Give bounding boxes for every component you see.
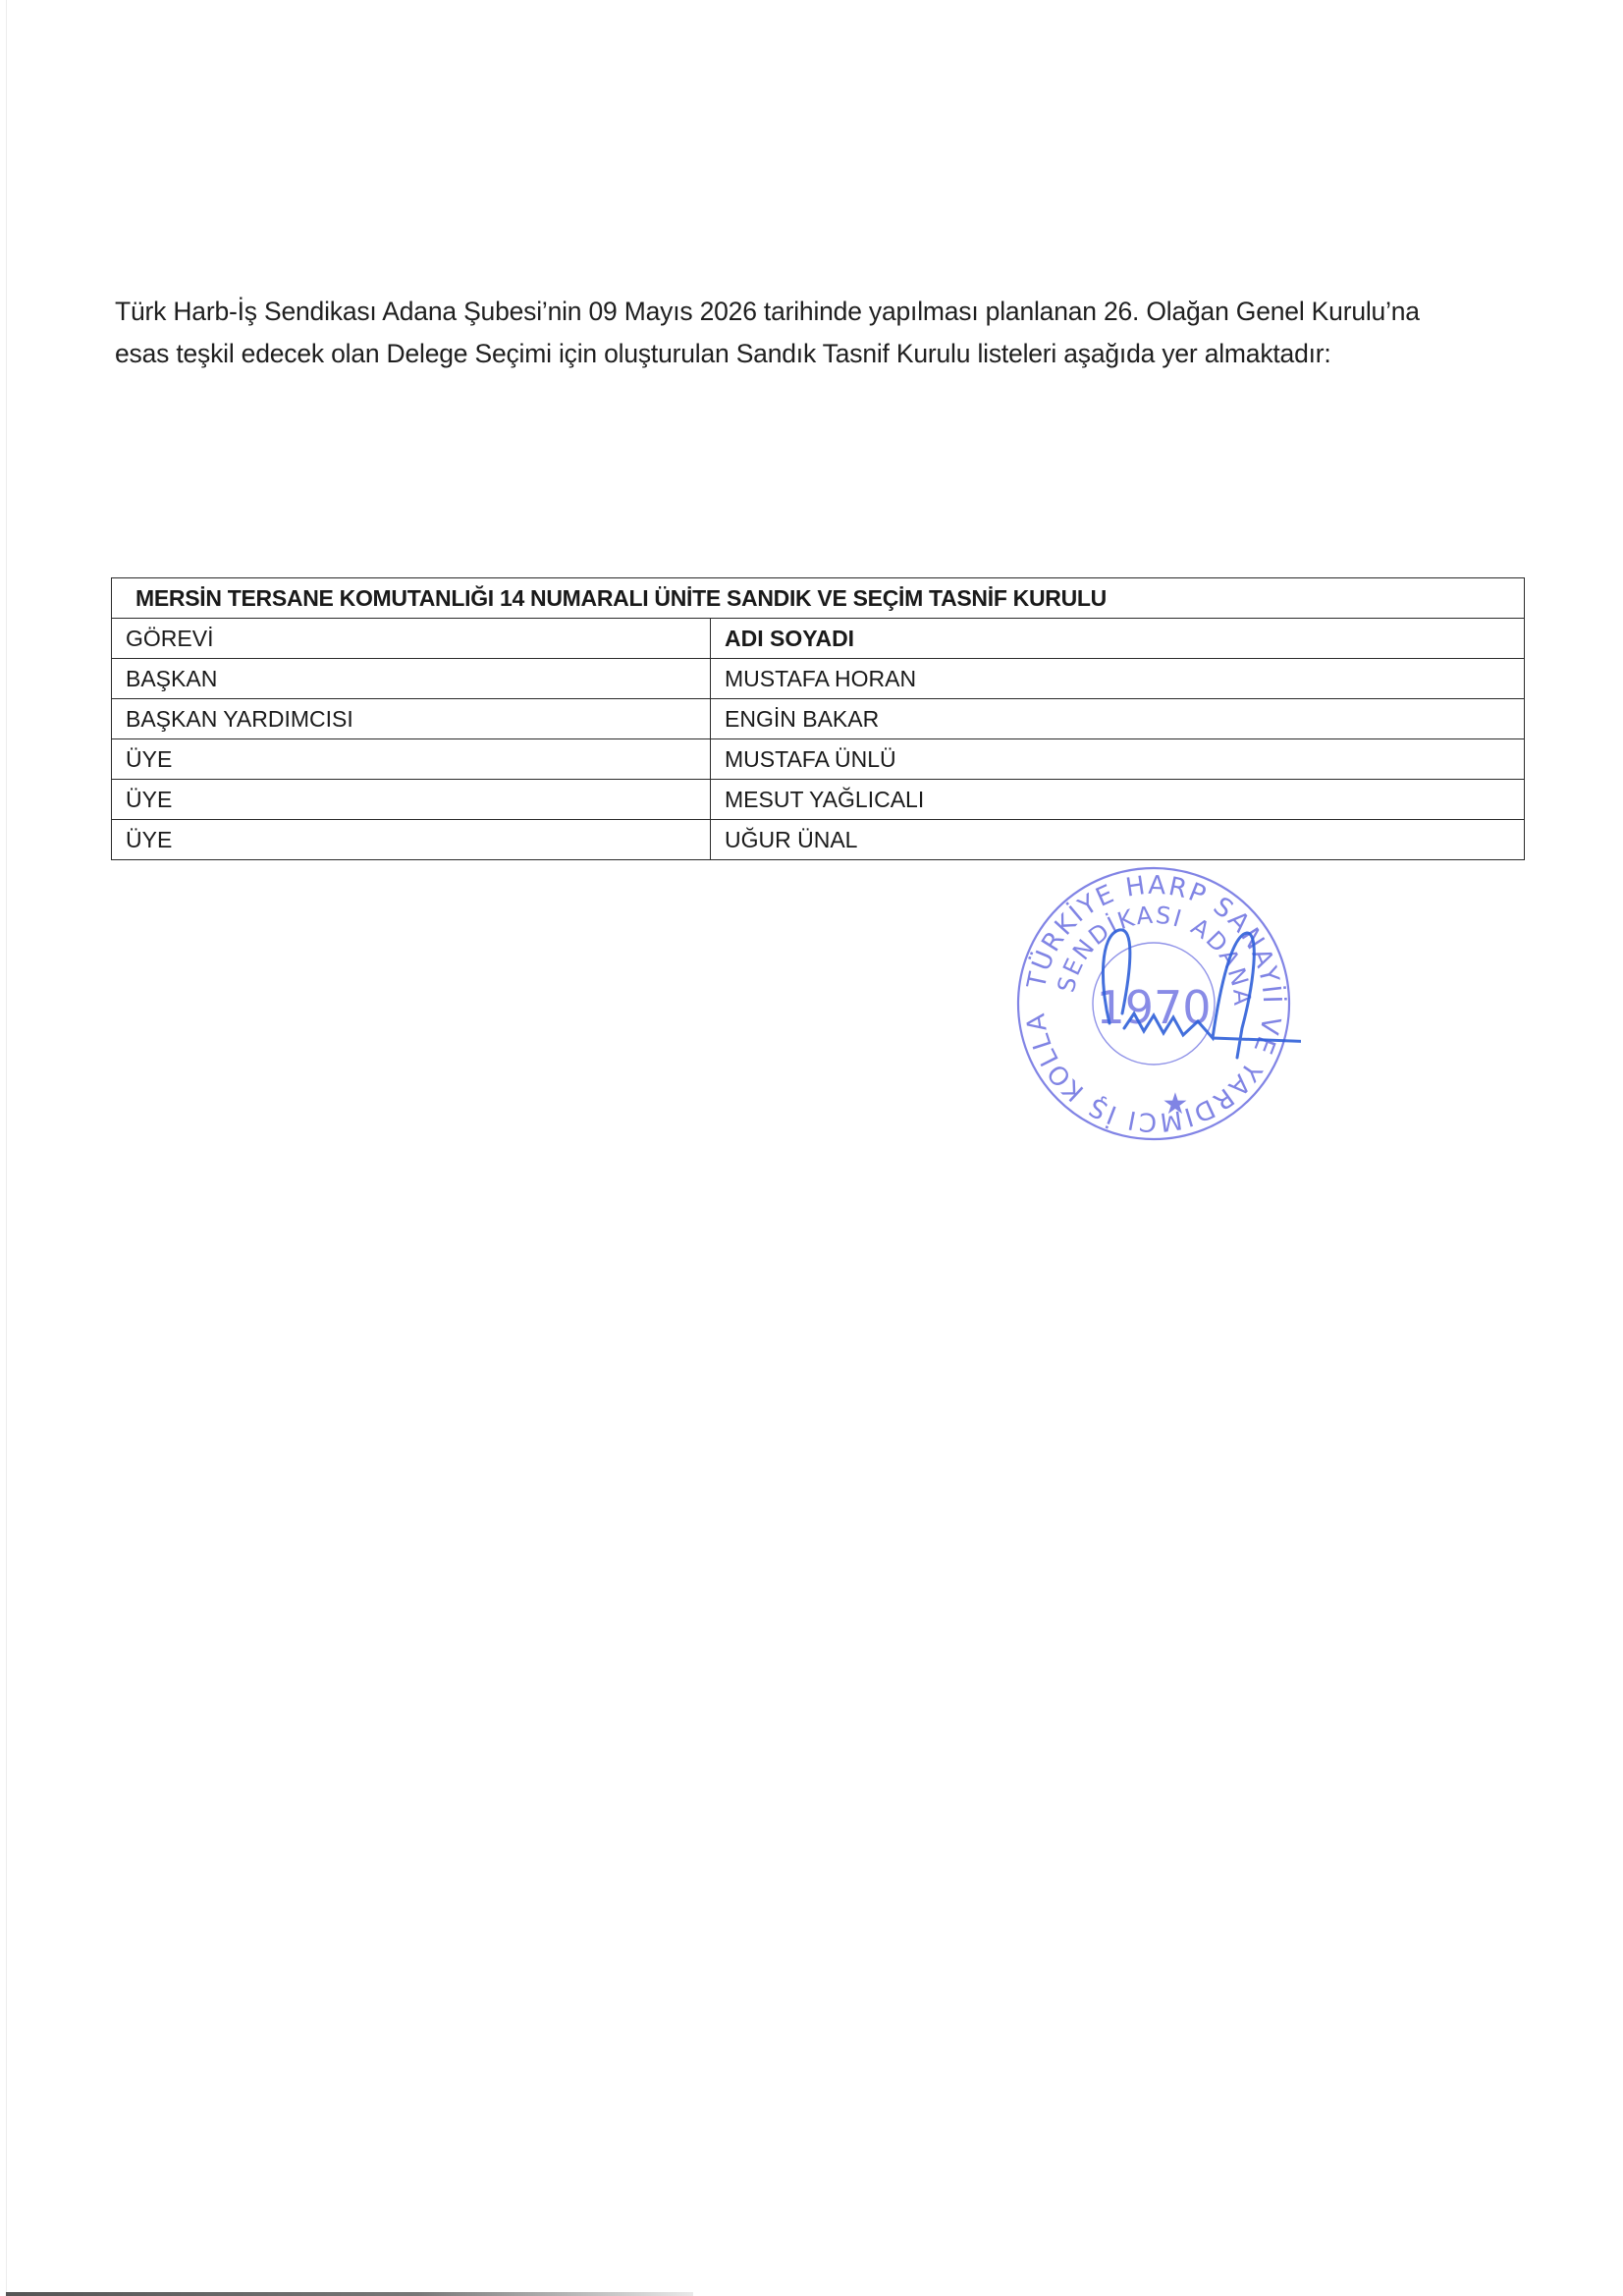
scan-edge-bottom xyxy=(6,2292,693,2296)
table-row: ÜYE MUSTAFA ÜNLÜ xyxy=(112,739,1525,780)
intro-line-2: esas teşkil edecek olan Delege Seçimi iç… xyxy=(115,333,1529,375)
table-row: BAŞKAN YARDIMCISI ENGİN BAKAR xyxy=(112,699,1525,739)
document-page: Türk Harb-İş Sendikası Adana Şubesi’nin … xyxy=(0,0,1623,2296)
role-cell: BAŞKAN YARDIMCISI xyxy=(112,699,711,739)
table-row: ÜYE MESUT YAĞLICALI xyxy=(112,780,1525,820)
scan-edge-left xyxy=(6,0,7,2296)
name-cell: MUSTAFA ÜNLÜ xyxy=(711,739,1525,780)
committee-table: MERSİN TERSANE KOMUTANLIĞI 14 NUMARALI Ü… xyxy=(111,577,1525,860)
stamp-seal-icon: TÜRKİYE HARP SANAYİİ VE YARDIMCI İŞ KOLL… xyxy=(1006,856,1301,1151)
intro-line-1: Türk Harb-İş Sendikası Adana Şubesi’nin … xyxy=(115,291,1529,333)
role-cell: ÜYE xyxy=(112,780,711,820)
stamp-star-icon: ★ xyxy=(1163,1087,1189,1121)
name-cell: MUSTAFA HORAN xyxy=(711,659,1525,699)
table-header-row: GÖREVİ ADI SOYADI xyxy=(112,619,1525,659)
name-cell: UĞUR ÜNAL xyxy=(711,820,1525,860)
header-role: GÖREVİ xyxy=(112,619,711,659)
table-title-row: MERSİN TERSANE KOMUTANLIĞI 14 NUMARALI Ü… xyxy=(112,578,1525,619)
name-cell: MESUT YAĞLICALI xyxy=(711,780,1525,820)
table-title: MERSİN TERSANE KOMUTANLIĞI 14 NUMARALI Ü… xyxy=(112,578,1525,619)
role-cell: ÜYE xyxy=(112,739,711,780)
name-cell: ENGİN BAKAR xyxy=(711,699,1525,739)
intro-paragraph: Türk Harb-İş Sendikası Adana Şubesi’nin … xyxy=(115,291,1529,375)
official-stamp: TÜRKİYE HARP SANAYİİ VE YARDIMCI İŞ KOLL… xyxy=(1006,856,1301,1151)
table-row: ÜYE UĞUR ÜNAL xyxy=(112,820,1525,860)
table-row: BAŞKAN MUSTAFA HORAN xyxy=(112,659,1525,699)
header-name: ADI SOYADI xyxy=(711,619,1525,659)
role-cell: ÜYE xyxy=(112,820,711,860)
role-cell: BAŞKAN xyxy=(112,659,711,699)
